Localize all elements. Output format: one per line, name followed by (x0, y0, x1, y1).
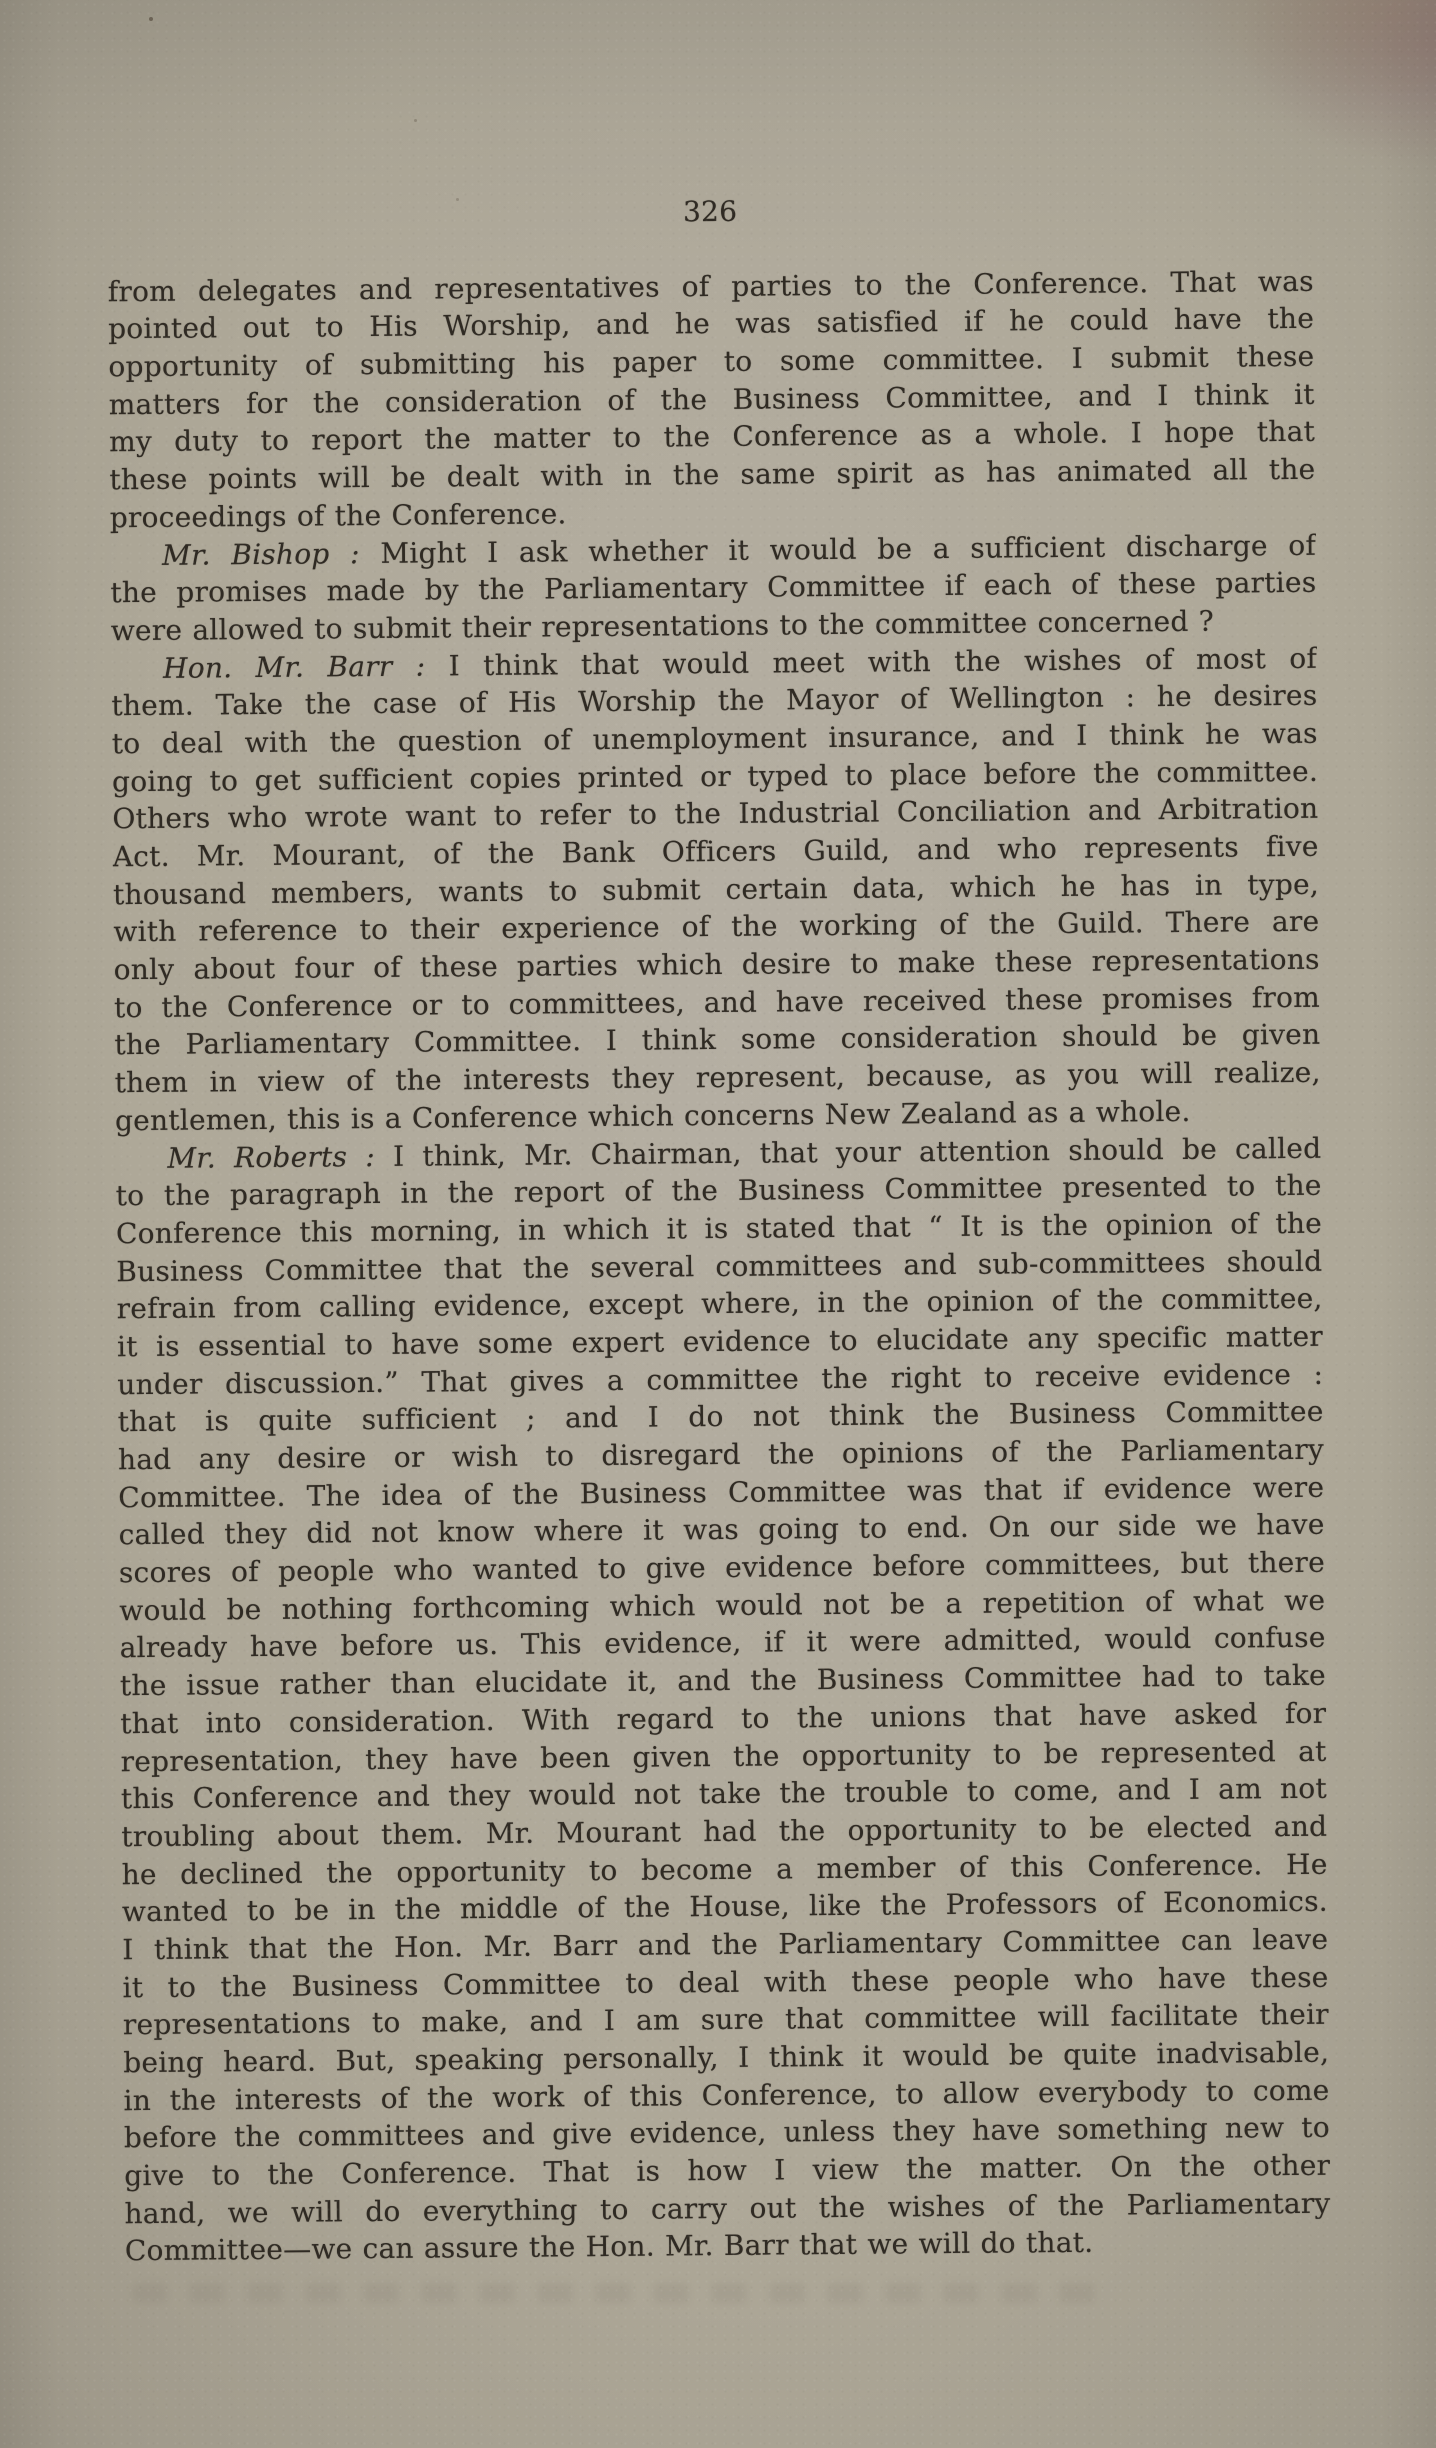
speaker-name: Hon. Mr. Barr : (163, 649, 426, 684)
paragraph: Hon. Mr. Barr : I think that would meet … (111, 639, 1321, 1139)
paragraph: Mr. Roberts : I think, Mr. Chairman, tha… (115, 1129, 1331, 2270)
paragraph: from delegates and representatives of pa… (108, 262, 1316, 536)
show-through-ghost (132, 2283, 1112, 2303)
speaker-name: Mr. Bishop : (162, 537, 360, 572)
paragraph: Mr. Bishop : Might I ask whether it woul… (110, 526, 1317, 650)
book-page-scan: 326 from delegates and representatives o… (0, 0, 1436, 2448)
speaker-name: Mr. Roberts : (167, 1140, 375, 1175)
paragraphs-container: from delegates and representatives of pa… (108, 262, 1331, 2270)
page-text-block: 326 from delegates and representatives o… (107, 188, 1331, 2271)
paper-speck (414, 119, 417, 122)
paper-speck (149, 17, 153, 21)
page-number: 326 (107, 188, 1313, 236)
